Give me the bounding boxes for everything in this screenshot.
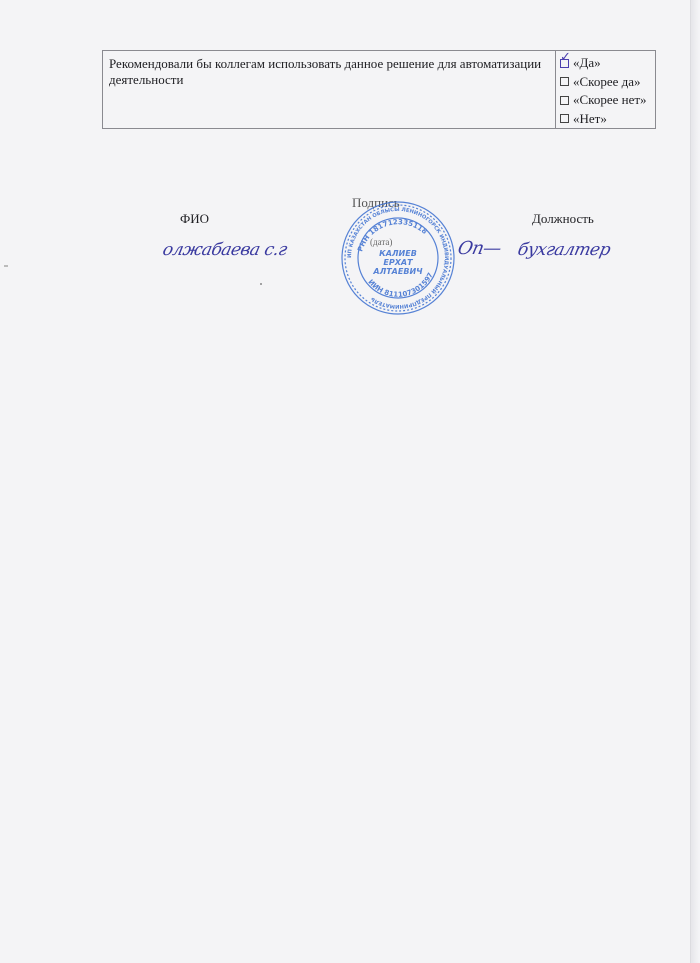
handwritten-signature: Оп— [456, 238, 503, 259]
ink-dot [260, 283, 262, 285]
svg-text:ЕРХАТ: ЕРХАТ [383, 258, 413, 267]
svg-text:АЛТАЕВИЧ: АЛТАЕВИЧ [372, 267, 423, 276]
svg-text:КАЛИЕВ: КАЛИЕВ [379, 249, 417, 258]
option-label: «Скорее нет» [573, 91, 647, 110]
option-rather-yes[interactable]: «Скорее да» [560, 73, 651, 92]
scan-artifact [4, 265, 8, 267]
option-label: «Скорее да» [573, 73, 641, 92]
fio-label: ФИО [180, 211, 209, 227]
checkbox-icon[interactable] [560, 96, 569, 105]
handwritten-fio: олжабаева с.г [161, 240, 289, 260]
option-label: «Нет» [573, 110, 607, 129]
checkbox-checked-icon[interactable]: ✓ [560, 59, 569, 68]
option-rather-no[interactable]: «Скорее нет» [560, 91, 651, 110]
option-no[interactable]: «Нет» [560, 110, 651, 129]
scan-page-edge [690, 0, 700, 963]
official-stamp: ИП КАЗАХСТАН ОБЛЫСЫ ЛЕНИНОГОРСК ИНДИВИДУ… [340, 200, 456, 316]
handwritten-position: бухгалтер [516, 240, 612, 260]
checkbox-icon[interactable] [560, 77, 569, 86]
survey-table: Рекомендовали бы коллегам использовать д… [102, 50, 656, 129]
position-label: Должность [532, 211, 594, 227]
checkmark-icon: ✓ [560, 51, 571, 64]
option-label: «Да» [573, 54, 601, 73]
question-cell: Рекомендовали бы коллегам использовать д… [103, 51, 556, 128]
checkbox-icon[interactable] [560, 114, 569, 123]
answer-cell: ✓ «Да» «Скорее да» «Скорее нет» «Нет» [556, 51, 655, 128]
option-yes[interactable]: ✓ «Да» [560, 54, 651, 73]
stamp-seal-icon: ИП КАЗАХСТАН ОБЛЫСЫ ЛЕНИНОГОРСК ИНДИВИДУ… [340, 200, 456, 316]
